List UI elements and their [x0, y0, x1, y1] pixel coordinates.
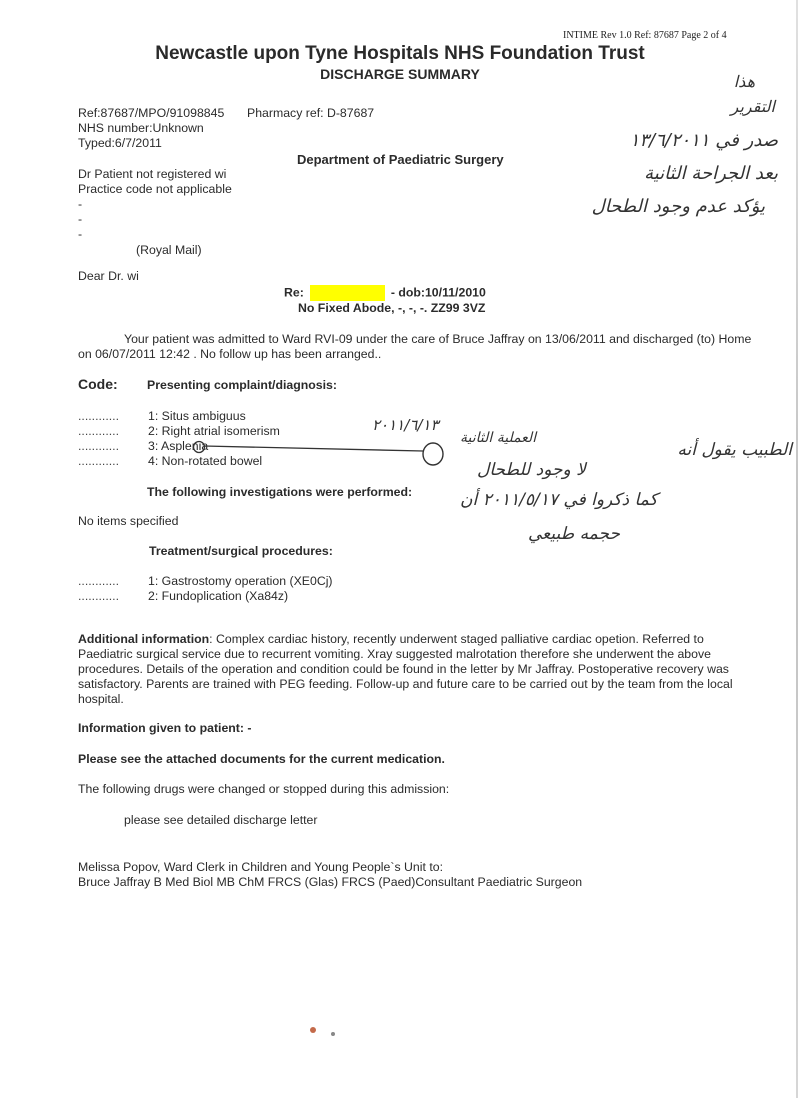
salutation: Dear Dr. wi	[78, 269, 139, 284]
handwritten-note: يؤكد عدم وجود الطحال	[592, 196, 765, 217]
patient-address: No Fixed Abode, -, -, -. ZZ99 3VZ	[298, 301, 485, 316]
drugs-changed: The following drugs were changed or stop…	[78, 782, 449, 797]
treatment-item: ............1: Gastrostomy operation (XE…	[78, 574, 333, 589]
address-line: -	[78, 212, 82, 227]
medication-note: Please see the attached documents for th…	[78, 752, 445, 767]
additional-label: Additional information	[78, 632, 209, 646]
investigations-heading: The following investigations were perfor…	[147, 485, 412, 500]
address-line: Practice code not applicable	[78, 182, 232, 197]
scan-speck	[310, 1027, 316, 1033]
date-of-birth: - dob:10/11/2010	[391, 285, 486, 299]
handwritten-note: لا وجود للطحال	[477, 460, 586, 480]
discharge-summary-page: INTIME Rev 1.0 Ref: 87687 Page 2 of 4 Ne…	[0, 0, 800, 1098]
signature-line-1: Melissa Popov, Ward Clerk in Children an…	[78, 860, 443, 875]
reference-number: Ref:87687/MPO/91098845	[78, 106, 224, 121]
admission-summary: Your patient was admitted to Ward RVI-09…	[78, 332, 758, 362]
re-line: Re:- dob:10/11/2010	[284, 285, 486, 301]
handwritten-note: الطبيب يقول أنه	[677, 440, 792, 460]
scan-speck	[331, 1032, 335, 1036]
handwritten-note: التقرير	[731, 97, 775, 116]
treatment-heading: Treatment/surgical procedures:	[149, 544, 333, 559]
handwritten-connector-icon	[190, 438, 450, 468]
mail-method: (Royal Mail)	[136, 243, 202, 258]
drugs-value: please see detailed discharge letter	[124, 813, 317, 828]
handwritten-note: هذا	[734, 72, 755, 91]
scan-edge	[796, 0, 798, 1098]
additional-information: Additional information: Complex cardiac …	[78, 632, 758, 707]
handwritten-note: صدر في ١٣/٦/٢٠١١	[630, 130, 778, 151]
investigations-value: No items specified	[78, 514, 178, 529]
signature-line-2: Bruce Jaffray B Med Biol MB ChM FRCS (Gl…	[78, 875, 582, 890]
nhs-number: NHS number:Unknown	[78, 121, 204, 136]
re-label: Re:	[284, 285, 304, 299]
diagnosis-item: ............2: Right atrial isomerism	[78, 424, 280, 439]
document-type: DISCHARGE SUMMARY	[0, 66, 800, 82]
info-given: Information given to patient: -	[78, 721, 252, 736]
handwritten-date: ٢٠١١/٦/١٣	[372, 416, 439, 434]
diagnosis-item: ............1: Situs ambiguus	[78, 409, 280, 424]
redacted-name	[310, 285, 385, 301]
pharmacy-reference: Pharmacy ref: D-87687	[247, 106, 374, 121]
typed-date: Typed:6/7/2011	[78, 136, 162, 151]
handwritten-note: كما ذكروا في ٢٠١١/٥/١٧ أن	[460, 490, 658, 510]
treatment-item: ............2: Fundoplication (Xa84z)	[78, 589, 333, 604]
address-line: Dr Patient not registered wi	[78, 167, 226, 182]
trust-name: Newcastle upon Tyne Hospitals NHS Founda…	[0, 43, 800, 65]
diagnosis-heading: Presenting complaint/diagnosis:	[147, 378, 337, 393]
department-name: Department of Paediatric Surgery	[297, 152, 504, 167]
code-label: Code:	[78, 376, 118, 392]
page-meta: INTIME Rev 1.0 Ref: 87687 Page 2 of 4	[563, 30, 727, 41]
treatment-list: ............1: Gastrostomy operation (XE…	[78, 574, 333, 604]
address-line: -	[78, 197, 82, 212]
handwritten-second-operation: العملية الثانية	[460, 430, 536, 446]
address-line: -	[78, 227, 82, 242]
handwritten-note: بعد الجراحة الثانية	[644, 163, 778, 184]
handwritten-note: حجمه طبيعي	[528, 524, 620, 544]
